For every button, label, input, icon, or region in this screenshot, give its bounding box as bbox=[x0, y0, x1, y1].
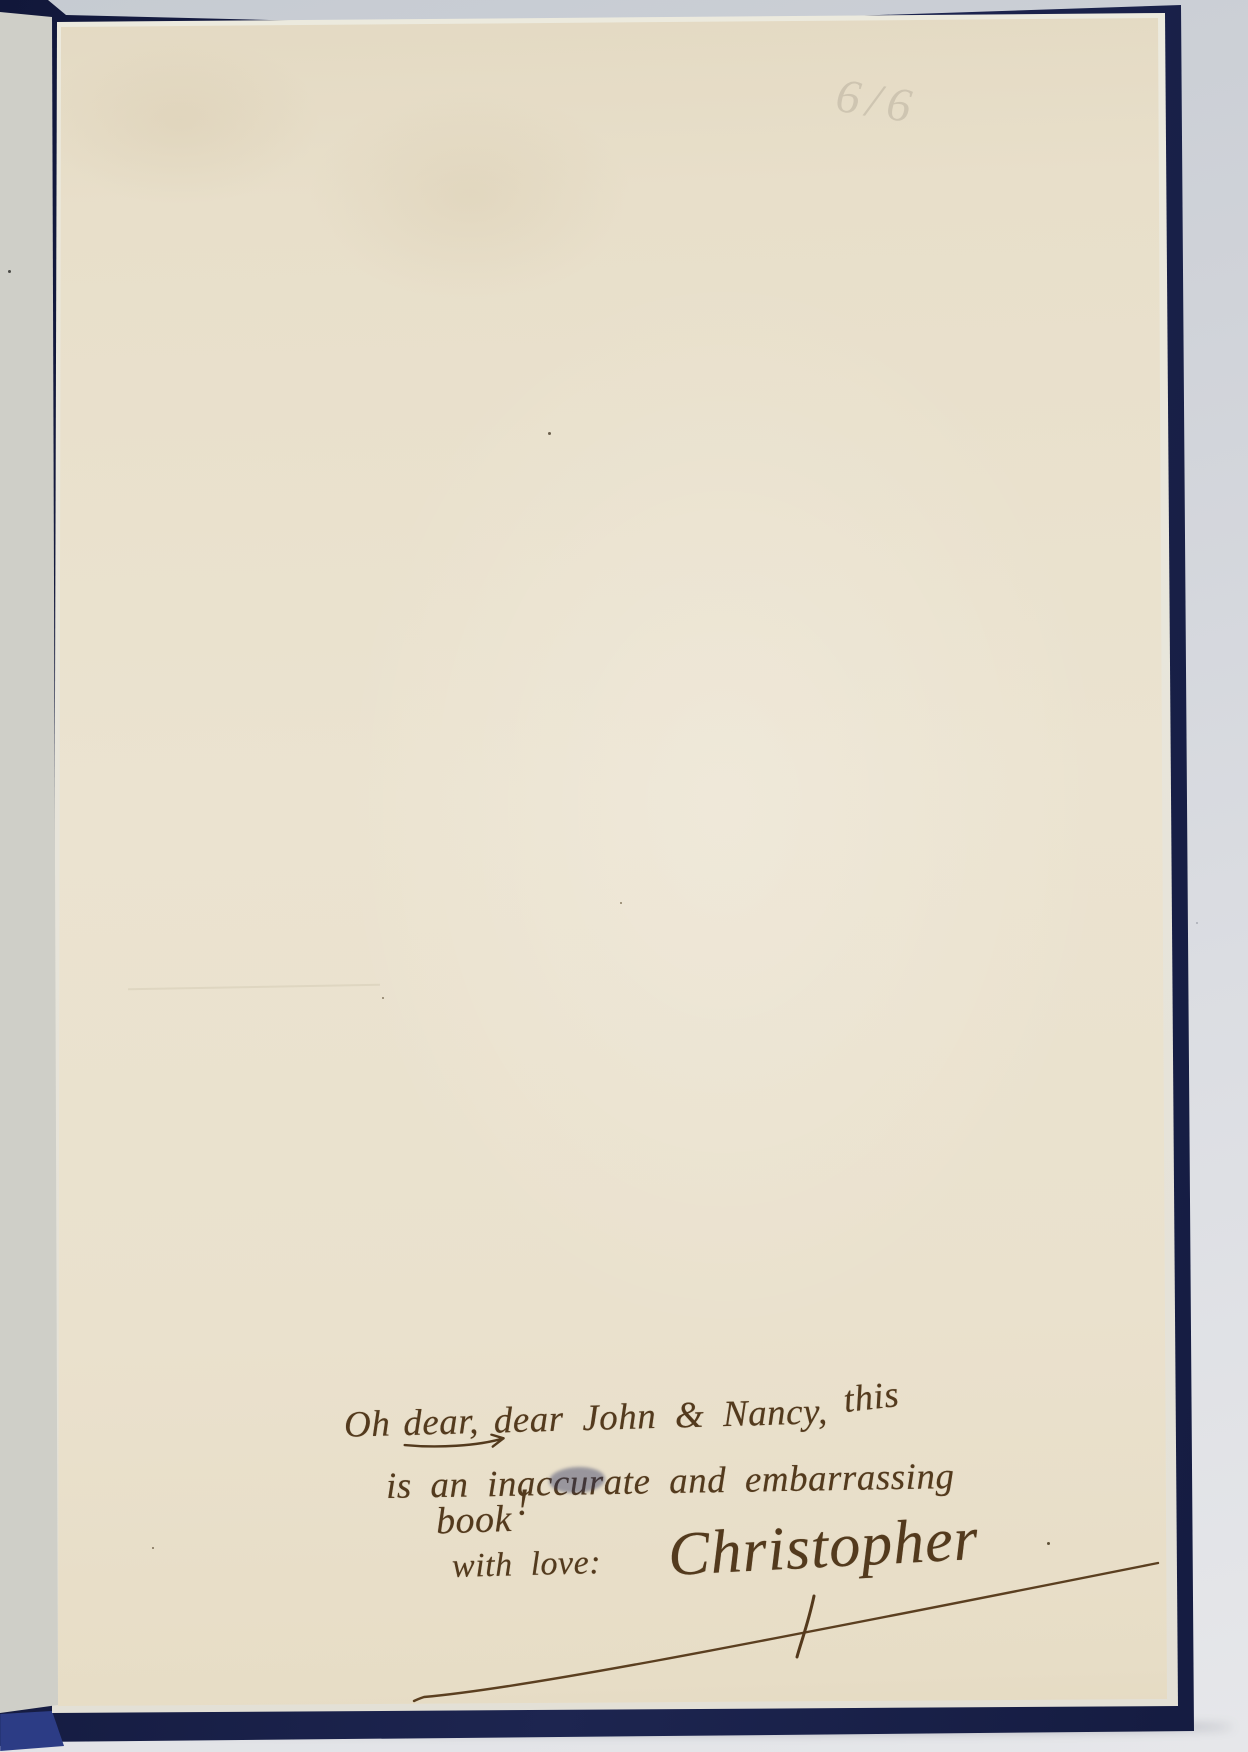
inscription-word-dear-underlined: dear, bbox=[403, 1400, 480, 1445]
underline-arrow-icon bbox=[402, 1433, 515, 1456]
paper-speck bbox=[1196, 922, 1198, 924]
inscription-line-3: book! bbox=[435, 1496, 526, 1543]
paper-speck bbox=[8, 270, 11, 273]
inscription-word-this: this bbox=[841, 1373, 901, 1422]
paper-speck bbox=[1047, 1542, 1050, 1545]
photo-of-book-endpaper: 6/6 Ohdear,dear John & Nancy,this is an … bbox=[0, 0, 1248, 1752]
inscription-exclamation: ! bbox=[516, 1480, 531, 1524]
paper-speck bbox=[152, 1547, 154, 1549]
paper-speck bbox=[548, 432, 551, 435]
inscription-word-book: book bbox=[435, 1498, 512, 1543]
paper-speck bbox=[620, 902, 622, 904]
inscription-word-oh: Oh bbox=[344, 1402, 391, 1446]
paper-speck bbox=[382, 997, 384, 999]
signature-flourish bbox=[376, 1540, 1176, 1712]
